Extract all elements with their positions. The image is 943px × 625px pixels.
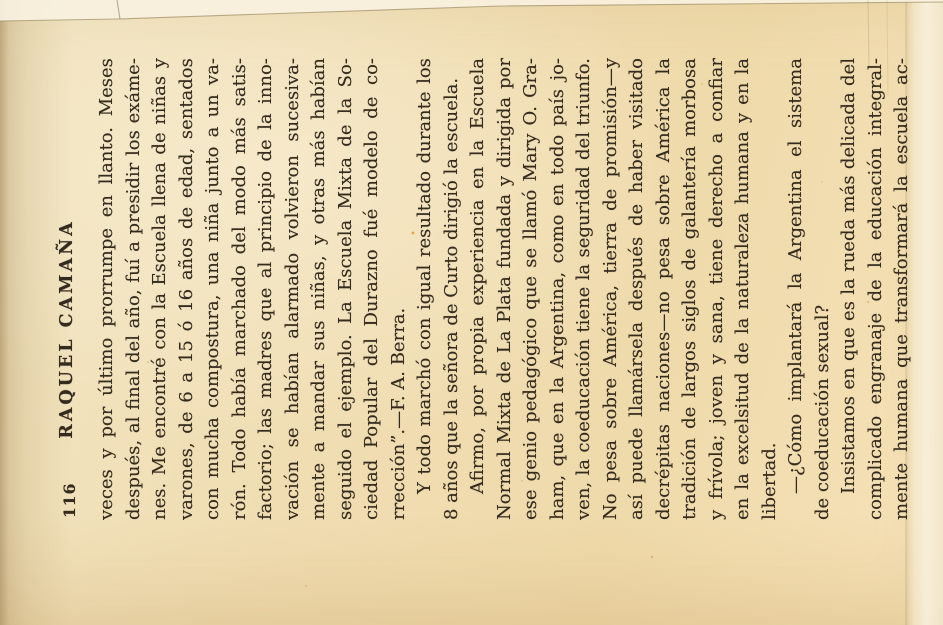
text-line: varones,de6a15ó16añosdeedad,sentados (174, 58, 201, 520)
text-line: NopesasobreAmérica,tierradepromisión—y (598, 58, 625, 520)
text-line: libertad. (757, 58, 784, 520)
text-line: seguidoelejemplo.LaEscuelaMixtadelaSo- (333, 58, 360, 520)
text-line: rrección”.—F. A. Berra. (386, 58, 413, 520)
text-line: ciedadPopulardelDuraznofuémodelodeco- (359, 58, 386, 520)
text-line: rón.Todohabíamarchadodelmodomássatis- (227, 58, 254, 520)
text-line: complicadoengranajedelaeducaciónintegral… (863, 58, 890, 520)
text-line: NormalMixtadeLaPlatafundadaydirigidapor (492, 58, 519, 520)
text-line: esegeniopedagógicoquesellamóMaryO.Gra- (518, 58, 545, 520)
text-line: asípuedellamárseladespuésdehabervisitado (624, 58, 651, 520)
text-line: decrépitasnaciones—nopesasobreAméricala (651, 58, 678, 520)
text-line: ham,queenlaArgentina,comoentodopaísjo- (545, 58, 572, 520)
text-line: menteamandarsusniñas,yotrasmáshabían (306, 58, 333, 520)
text-line: 8 años que la señora de Curto dirigió la… (439, 58, 466, 520)
text-line: tradicióndelargossiglosdegalanteríamorbo… (677, 58, 704, 520)
page-text: vecesyporúltimoprorrumpeenllanto.Mesesde… (94, 58, 916, 520)
text-line: ven,lacoeducacióntienelaseguridaddeltriu… (571, 58, 598, 520)
text-line: enlaexcelsituddelanaturalezahumanayenla (730, 58, 757, 520)
text-line: mentehumanaquetransformarálaescuelaac- (889, 58, 916, 520)
text-line: conmuchacompostura,unaniñajuntoaunva- (200, 58, 227, 520)
text-line: Ytodomarchóconigualresultadodurantelos (412, 58, 439, 520)
text-line: factorio;lasmadresquealprincipiodelainno… (253, 58, 280, 520)
text-line: Insistamosenqueeslaruedamásdelicadadel (836, 58, 863, 520)
scanned-book-page: 116 RAQUEL CAMAÑA vecesyporúltimoprorrum… (0, 0, 943, 625)
text-line: yfrívola;jovenysana,tienederechoaconfiar (704, 58, 731, 520)
text-line: Afirmo,porpropiaexperienciaenlaEscuela (465, 58, 492, 520)
running-head: 116 RAQUEL CAMAÑA (57, 58, 83, 520)
text-line: —¿CómoimplantarálaArgentinaelsistema (783, 58, 810, 520)
text-line: de coeducación sexual? (810, 58, 837, 520)
text-line: después,alfinaldelaño,fuíapresidirlosexá… (121, 58, 148, 520)
text-line: vecesyporúltimoprorrumpeenllanto.Meses (94, 58, 121, 520)
page-content-rotated: 116 RAQUEL CAMAÑA vecesyporúltimoprorrum… (0, 0, 943, 625)
text-line: nes.MeencontréconlaEscuelallenadeniñasy (147, 58, 174, 520)
running-title: RAQUEL CAMAÑA (57, 98, 77, 560)
text-line: vaciónsehabíanalarmadovolvieronsucesiva- (280, 58, 307, 520)
